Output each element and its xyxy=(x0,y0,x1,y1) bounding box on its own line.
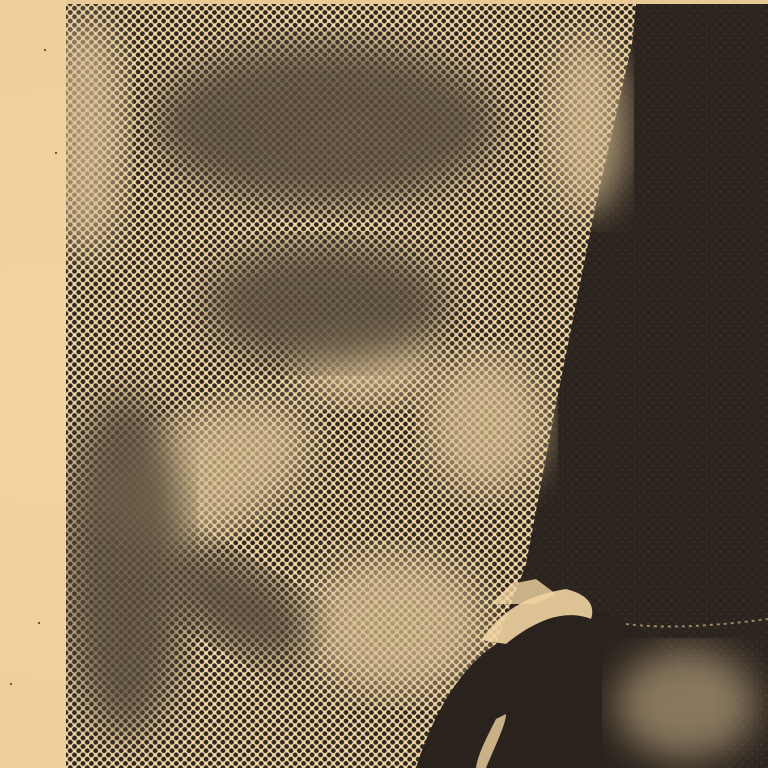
margin-speck xyxy=(44,49,46,51)
margin-speck xyxy=(55,152,57,154)
paper-page xyxy=(0,0,768,768)
halftone-photo xyxy=(66,4,768,768)
margin-speck xyxy=(38,622,40,624)
halftone-illustration xyxy=(66,4,768,768)
margin-speck xyxy=(10,683,12,685)
